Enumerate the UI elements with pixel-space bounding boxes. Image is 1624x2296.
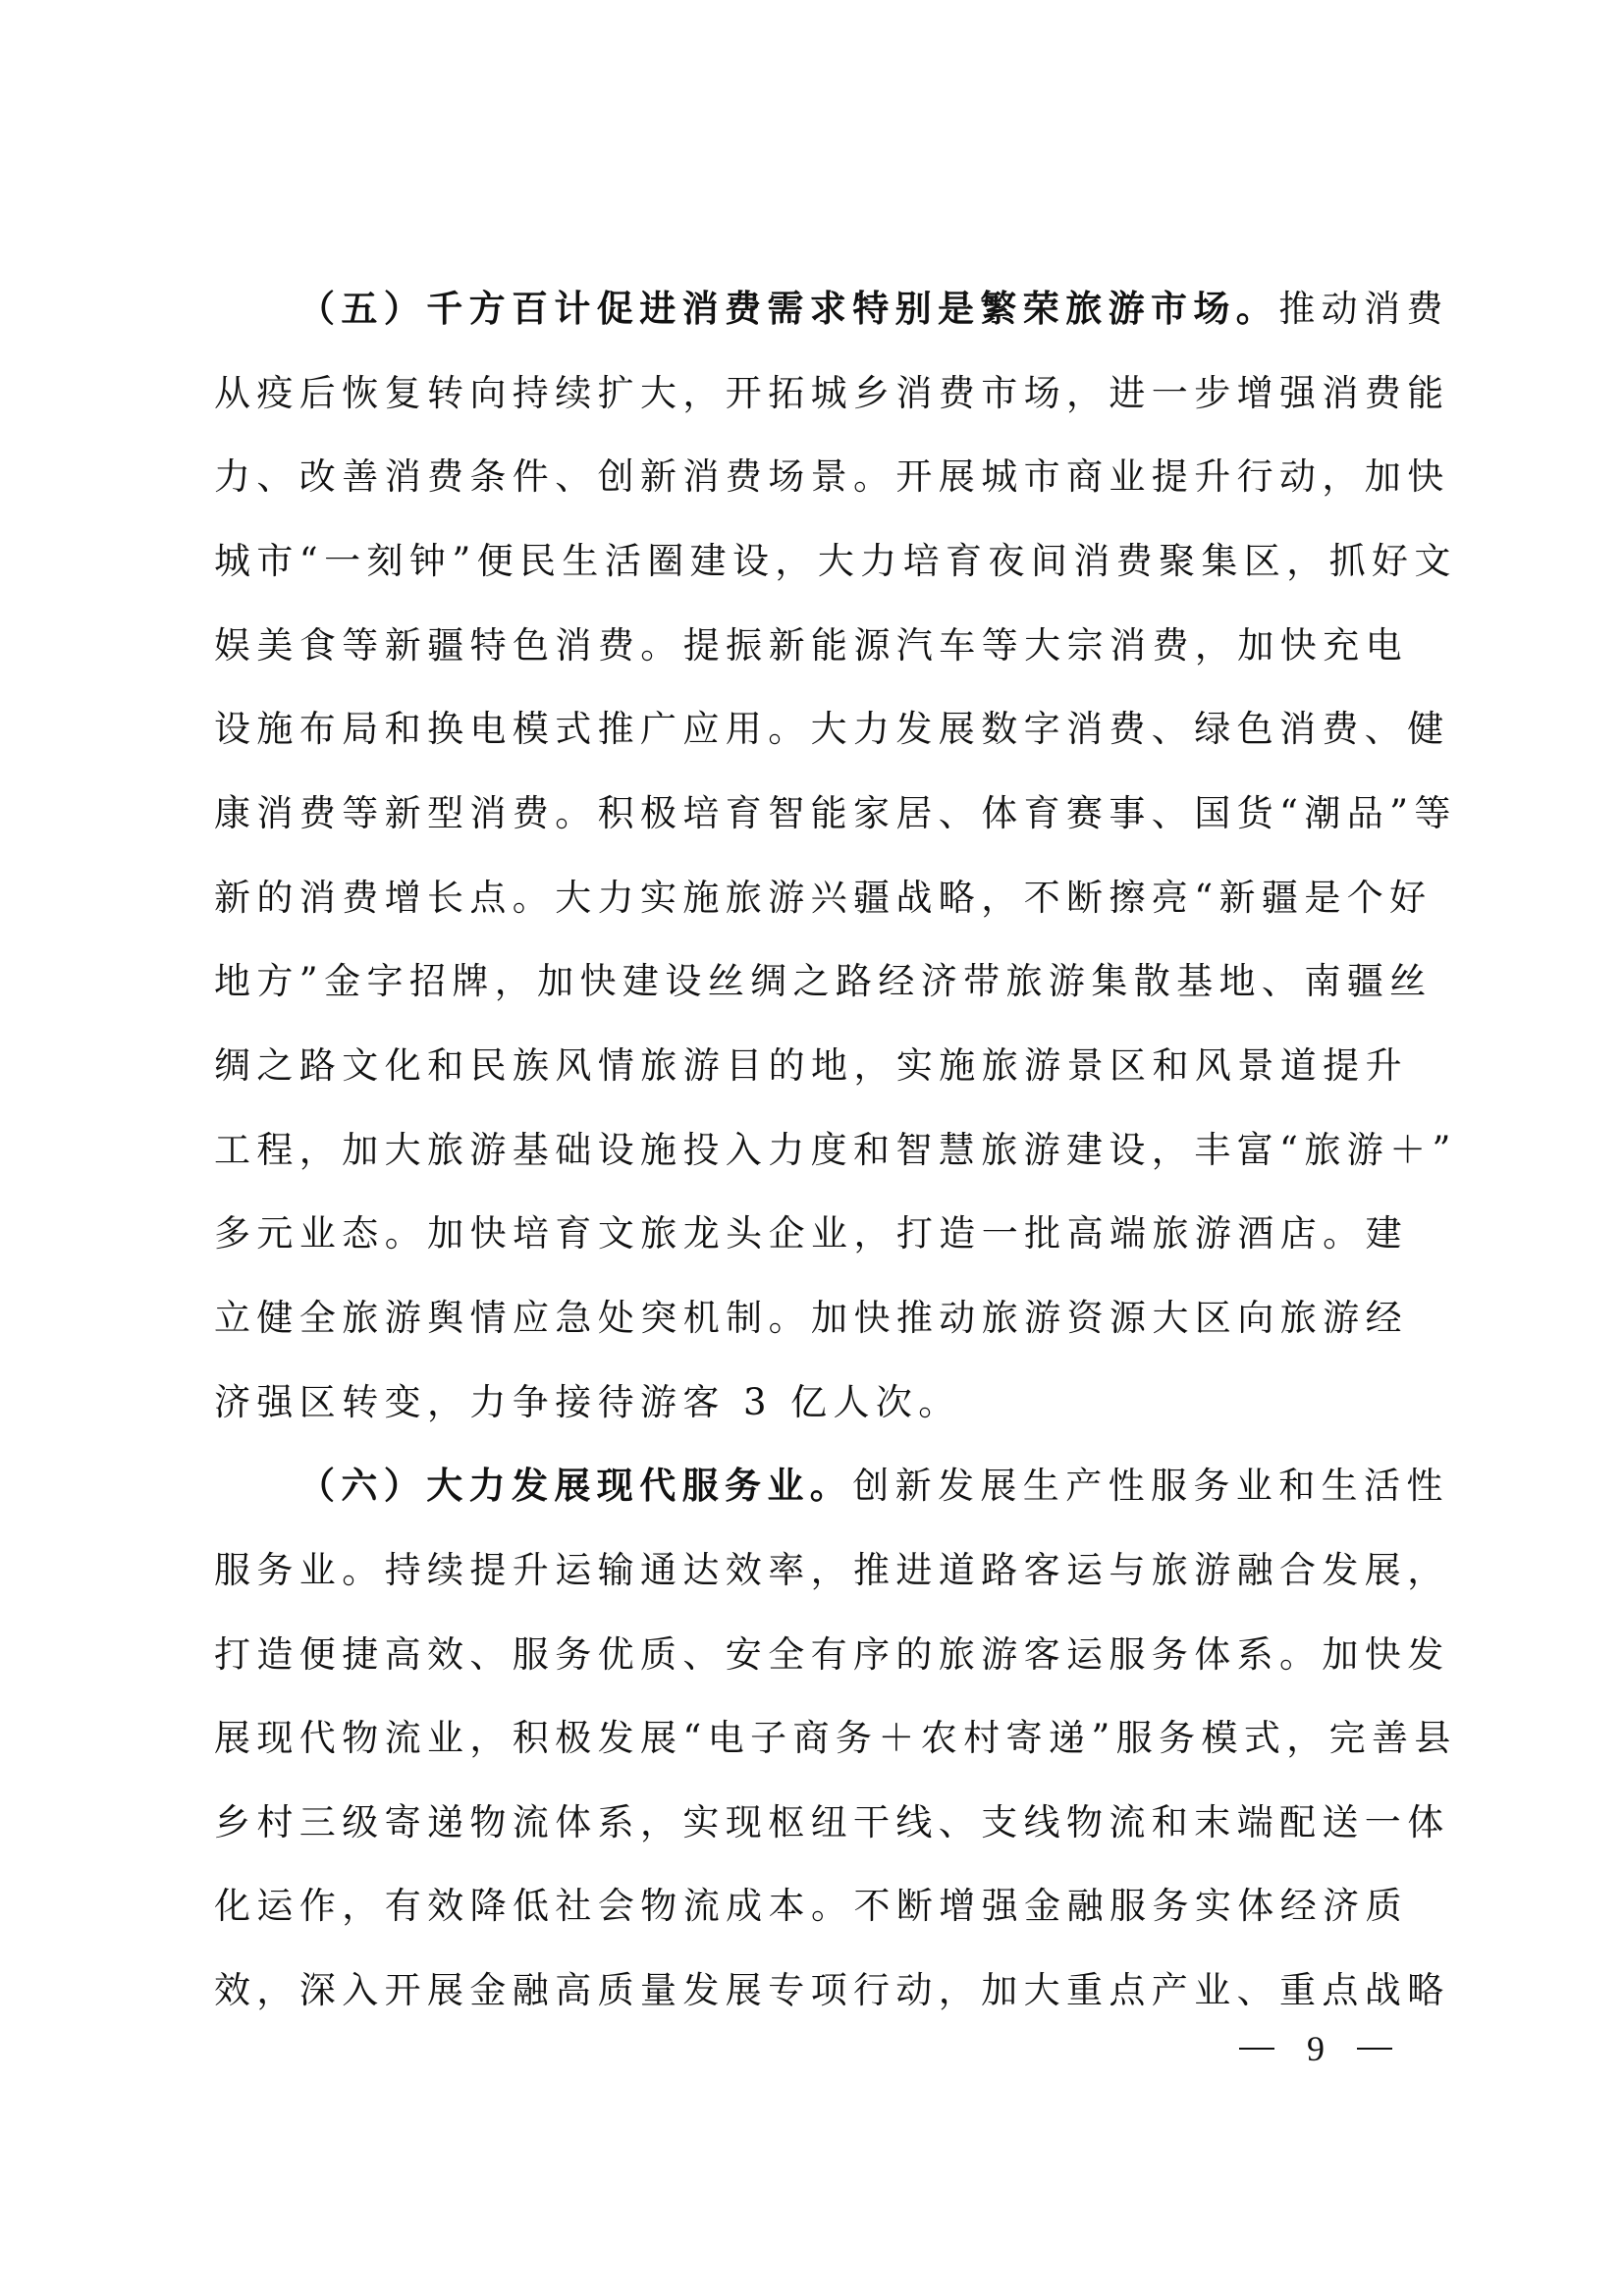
page-number-dash-right [1357, 2048, 1392, 2050]
page-number-dash-left [1239, 2048, 1274, 2050]
paragraph-line: 娱美食等新疆特色消费。提振新能源汽车等大宗消费，加快充电 [214, 604, 1408, 688]
paragraph-line: 济强区转变，力争接待游客 3 亿人次。 [214, 1361, 1408, 1445]
paragraph-line: 设施布局和换电模式推广应用。大力发展数字消费、绿色消费、健 [214, 687, 1408, 772]
paragraph-line: 从疫后恢复转向持续扩大，开拓城乡消费市场，进一步增强消费能 [214, 351, 1408, 436]
paragraph-line: （六）大力发展现代服务业。创新发展生产性服务业和生活性 [214, 1444, 1408, 1528]
paragraph-modern-services: （六）大力发展现代服务业。创新发展生产性服务业和生活性 服务业。持续提升运输通达… [214, 1444, 1408, 2033]
paragraph-line: 多元业态。加快培育文旅龙头企业，打造一批高端旅游酒店。建 [214, 1192, 1408, 1276]
document-body: （五）千方百计促进消费需求特别是繁荣旅游市场。推动消费 从疫后恢复转向持续扩大，… [214, 267, 1408, 2033]
page-number-value: 9 [1307, 2028, 1325, 2069]
paragraph-line: 绸之路文化和民族风情旅游目的地，实施旅游景区和风景道提升 [214, 1024, 1408, 1108]
paragraph-line: 打造便捷高效、服务优质、安全有序的旅游客运服务体系。加快发 [214, 1613, 1408, 1697]
paragraph-line: 立健全旅游舆情应急处突机制。加快推动旅游资源大区向旅游经 [214, 1276, 1408, 1361]
paragraph-line: （五）千方百计促进消费需求特别是繁荣旅游市场。推动消费 [214, 267, 1408, 351]
paragraph-line: 康消费等新型消费。积极培育智能家居、体育赛事、国货“潮品”等 [214, 772, 1408, 856]
section-heading-5: （五）千方百计促进消费需求特别是繁荣旅游市场。 [298, 287, 1278, 330]
paragraph-line: 新的消费增长点。大力实施旅游兴疆战略，不断擦亮“新疆是个好 [214, 856, 1408, 940]
paragraph-line: 化运作，有效降低社会物流成本。不断增强金融服务实体经济质 [214, 1864, 1408, 1949]
paragraph-line: 城市“一刻钟”便民生活圈建设，大力培育夜间消费聚集区，抓好文 [214, 519, 1408, 604]
paragraph-line: 力、改善消费条件、创新消费场景。开展城市商业提升行动，加快 [214, 435, 1408, 519]
paragraph-line: 乡村三级寄递物流体系，实现枢纽干线、支线物流和末端配送一体 [214, 1781, 1408, 1865]
paragraph-consumption-tourism: （五）千方百计促进消费需求特别是繁荣旅游市场。推动消费 从疫后恢复转向持续扩大，… [214, 267, 1408, 1444]
page-number: 9 [1239, 2028, 1392, 2069]
paragraph-line: 工程，加大旅游基础设施投入力度和智慧旅游建设，丰富“旅游＋” [214, 1108, 1408, 1193]
document-page: （五）千方百计促进消费需求特别是繁荣旅游市场。推动消费 从疫后恢复转向持续扩大，… [0, 0, 1624, 2296]
paragraph-line: 服务业。持续提升运输通达效率，推进道路客运与旅游融合发展， [214, 1528, 1408, 1613]
paragraph-line: 展现代物流业，积极发展“电子商务＋农村寄递”服务模式，完善县 [214, 1696, 1408, 1781]
paragraph-line: 效，深入开展金融高质量发展专项行动，加大重点产业、重点战略 [214, 1949, 1408, 2033]
paragraph-line: 地方”金字招牌，加快建设丝绸之路经济带旅游集散基地、南疆丝 [214, 939, 1408, 1024]
section-heading-6: （六）大力发展现代服务业。 [298, 1464, 852, 1507]
